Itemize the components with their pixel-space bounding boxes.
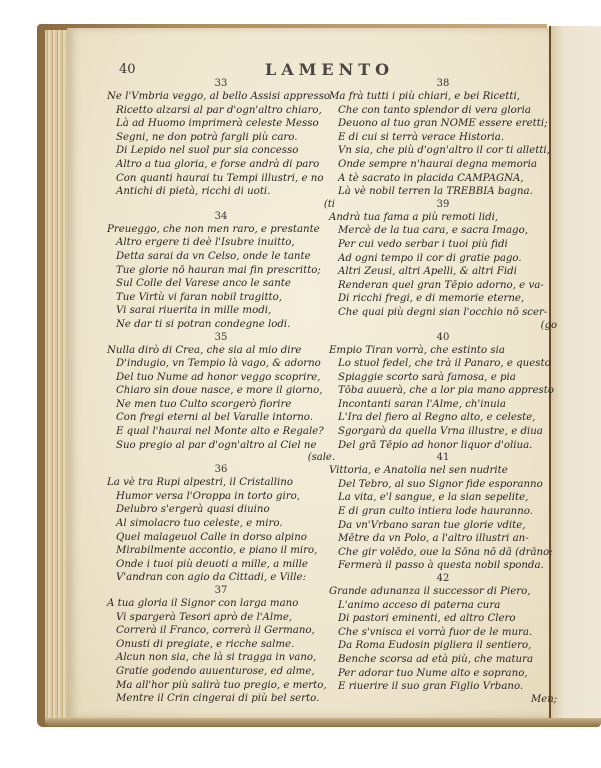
catchword: Men; xyxy=(329,694,557,706)
left-column: 33Ne l'Vmbria veggo, al bello Assisi app… xyxy=(107,78,335,706)
verse-line: L'Ira del fiero al Regno alto, e celeste… xyxy=(329,411,557,425)
verse-line: V'andran con agio da Cittadi, e Ville: xyxy=(107,571,335,585)
stanza-number: 41 xyxy=(329,452,557,464)
verse-line: Mentre il Crin cingerai di più bel serto… xyxy=(107,692,335,706)
verse-line: Deuono al tuo gran NOME essere eretti; xyxy=(329,117,557,131)
stanza-number: 40 xyxy=(329,332,557,344)
verse-line: Vn sia, che più d'ogn'altro il cor ti al… xyxy=(329,144,557,158)
verse-line: Suo pregio al par d'ogn'altro al Ciel ne xyxy=(107,439,335,453)
verse-line: Ma frà tutti i più chiari, e bei Ricetti… xyxy=(329,90,557,104)
stanza: 35Nulla dirò di Crea, che sia al mio dir… xyxy=(107,332,335,465)
turnover-text: (sale. xyxy=(107,452,335,464)
verse-line: Delubro s'ergerà quasi diuino xyxy=(107,503,335,517)
verse-line: Per adorar tuo Nume alto e soprano, xyxy=(329,667,557,681)
verse-line: Ne men tuo Culto scorgerò fiorire xyxy=(107,398,335,412)
verse-line: Benche scorsa ad età più, che matura xyxy=(329,653,557,667)
verse-line: Di pastori eminenti, ed altro Clero xyxy=(329,612,557,626)
verse-line: Altro a tua gloria, e forse andrà di par… xyxy=(107,158,335,172)
verse-line: E riuerire il suo gran Figlio Vrbano. xyxy=(329,680,557,694)
verse-line: Ne dar ti si potran condegne lodi. xyxy=(107,318,335,332)
verse-line: Vi sarai riuerita in mille modi, xyxy=(107,304,335,318)
verse-line: Segni, ne don potrà fargli più caro. xyxy=(107,131,335,145)
verse-line: A tua gloria il Signor con larga mano xyxy=(107,597,335,611)
verse-line: Che s'vnisca ei vorrà fuor de le mura. xyxy=(329,626,557,640)
verse-line: Nulla dirò di Crea, che sia al mio dire xyxy=(107,344,335,358)
verse-line: Mirabilmente accontio, e piano il miro, xyxy=(107,544,335,558)
verse-line: Che con tanto splendor di vera gloria xyxy=(329,104,557,118)
running-head: LAMENTO xyxy=(265,60,394,79)
verse-line: Da Roma Eudosin pigliera il sentiero, xyxy=(329,639,557,653)
verse-line: Fermerà il passo à questa nobil sponda. xyxy=(329,559,557,573)
verse-line: Detta sarai da vn Celso, onde le tante xyxy=(107,250,335,264)
stanza: 34Preueggo, che non men raro, e prestant… xyxy=(107,211,335,332)
stanza: 33Ne l'Vmbria veggo, al bello Assisi app… xyxy=(107,78,335,211)
verse-line: Quel malageuol Calle in dorso alpino xyxy=(107,531,335,545)
verse-line: Altri Zeusi, altri Apelli, & altri Fidi xyxy=(329,265,557,279)
verse-line: Incontanti saran l'Alme, ch'inuia xyxy=(329,398,557,412)
verse-line: Con fregi eterni al bel Varalle intorno. xyxy=(107,411,335,425)
verse-line: Lo stuol fedel, che trà il Panaro, e que… xyxy=(329,357,557,371)
verse-line: Del grā Tēpio ad honor liquor d'oliua. xyxy=(329,439,557,453)
verse-line: Vittoria, e Anatolia nel sen nudrite xyxy=(329,464,557,478)
verse-line: La vita, e'l sangue, e la sian sepelite, xyxy=(329,491,557,505)
verse-line: Onusti di pregiate, e ricche salme. xyxy=(107,638,335,652)
verse-line: Mercè de la tua cara, e sacra Imago, xyxy=(329,224,557,238)
verse-line: Ne l'Vmbria veggo, al bello Assisi appre… xyxy=(107,90,335,104)
verse-line: Del tuo Nume ad honor veggo scoprire, xyxy=(107,371,335,385)
stanza-number: 42 xyxy=(329,573,557,585)
verse-line: Empio Tiran vorrà, che estinto sia xyxy=(329,344,557,358)
stanza: 39Andrà tua fama a più remoti lidi,Mercè… xyxy=(329,199,557,332)
verse-line: E di gran culto intiera lode hauranno. xyxy=(329,505,557,519)
verse-line: D'indugio, vn Tempio là vago, & adorno xyxy=(107,357,335,371)
verse-line: Al simolacro tuo celeste, e miro. xyxy=(107,517,335,531)
verse-line: Onde sempre n'haurai degna memoria xyxy=(329,158,557,172)
stanza-number: 38 xyxy=(329,78,557,90)
verse-line: Tōba auuerà, che a lor pia mano appresto xyxy=(329,384,557,398)
verse-line: Vi spargerà Tesori aprò de l'Alme, xyxy=(107,611,335,625)
verse-line: L'animo acceso di paterna cura xyxy=(329,599,557,613)
verse-line: Chiaro sin doue nasce, e more il giorno, xyxy=(107,384,335,398)
turnover-text: (ti xyxy=(107,199,335,211)
verse-line: Là vè nobil terren la TREBBIA bagna. xyxy=(329,185,557,199)
stanza-number: 37 xyxy=(107,585,335,597)
verse-line: Di ricchi fregi, e di memorie eterne, xyxy=(329,292,557,306)
verse-line: Da vn'Vrbano saran tue glorie vdite, xyxy=(329,519,557,533)
verse-line: Humor versa l'Oroppa in torto giro, xyxy=(107,490,335,504)
verse-line: Mētre da vn Polo, a l'altro illustri an- xyxy=(329,532,557,546)
book-scan: 40 LAMENTO 33Ne l'Vmbria veggo, al bello… xyxy=(37,24,601,727)
verse-line: Andrà tua fama a più remoti lidi, xyxy=(329,211,557,225)
verse-line: Onde i tuoi più deuoti a mille, a mille xyxy=(107,558,335,572)
verse-line: Alcun non sia, che là si tragga in vano, xyxy=(107,651,335,665)
verse-line: Tue Virtù vi faran nobil tragitto, xyxy=(107,291,335,305)
stanza: 40Empio Tiran vorrà, che estinto siaLo s… xyxy=(329,332,557,453)
verse-line: Sgorgarà da quella Vrna illustre, e diua xyxy=(329,425,557,439)
verse-line: Gratie godendo auuenturose, ed alme, xyxy=(107,665,335,679)
verse-line: Che gir volēdo, oue la Sōna nō dā (drāno… xyxy=(329,546,557,560)
verse-line: Altro ergere ti deè l'Isubre inuitto, xyxy=(107,236,335,250)
verse-line: Là ad Huomo imprimerà celeste Messo xyxy=(107,117,335,131)
verse-line: Con quanti haurai tu Tempi illustri, e n… xyxy=(107,172,335,186)
stanza-number: 34 xyxy=(107,211,335,223)
verse-line: Correrà il Franco, correrà il Germano, xyxy=(107,624,335,638)
verse-line: Del Tebro, al suo Signor fide esporanno xyxy=(329,478,557,492)
verse-line: Renderan quel gran Tēpio adorno, e va- xyxy=(329,279,557,293)
stanza-number: 39 xyxy=(329,199,557,211)
verse-line: Ricetto alzarsi al par d'ogn'altro chiar… xyxy=(107,104,335,118)
stanza: 41Vittoria, e Anatolia nel sen nudriteDe… xyxy=(329,452,557,573)
stanza: 37A tua gloria il Signor con larga manoV… xyxy=(107,585,335,706)
stanza: 42Grande adunanza il successor di Piero,… xyxy=(329,573,557,694)
verse-line: Ad ogni tempo il cor di gratie pago. xyxy=(329,252,557,266)
verse-line: La vè tra Rupi alpestri, il Cristallino xyxy=(107,476,335,490)
stanza-number: 35 xyxy=(107,332,335,344)
verse-line: Sul Colle del Varese anco le sante xyxy=(107,277,335,291)
verse-line: Spiaggie scorto sarà famosa, e pia xyxy=(329,371,557,385)
verse-line: Grande adunanza il successor di Piero, xyxy=(329,585,557,599)
turnover-text: (go xyxy=(329,320,557,332)
stanza-number: 33 xyxy=(107,78,335,90)
verse-line: Antichi di pietà, ricchi di uoti. xyxy=(107,185,335,199)
verse-line: E di cui si terrà verace Historia. xyxy=(329,131,557,145)
verse-line: Tue glorie nō hauran mai fin prescritto; xyxy=(107,264,335,278)
verse-line: Che quai più degni sian l'occhio nō scer… xyxy=(329,306,557,320)
verse-line: Preueggo, che non men raro, e prestante xyxy=(107,223,335,237)
stanza-number: 36 xyxy=(107,464,335,476)
page-number: 40 xyxy=(119,62,136,77)
verse-line: E qual l'haurai nel Monte alto e Regale? xyxy=(107,425,335,439)
verse-line: Per cui vedo serbar i tuoi più fidi xyxy=(329,238,557,252)
verse-line: A tè sacrato in placida CAMPAGNA, xyxy=(329,172,557,186)
right-column: 38Ma frà tutti i più chiari, e bei Ricet… xyxy=(329,78,557,706)
bottom-page-edge xyxy=(45,718,601,727)
stanza: 36La vè tra Rupi alpestri, il Cristallin… xyxy=(107,464,335,585)
verse-line: Di Lepido nel suol pur sia concesso xyxy=(107,144,335,158)
verse-line: Ma all'hor più salirà tuo pregio, e mert… xyxy=(107,679,335,693)
stanza: 38Ma frà tutti i più chiari, e bei Ricet… xyxy=(329,78,557,199)
